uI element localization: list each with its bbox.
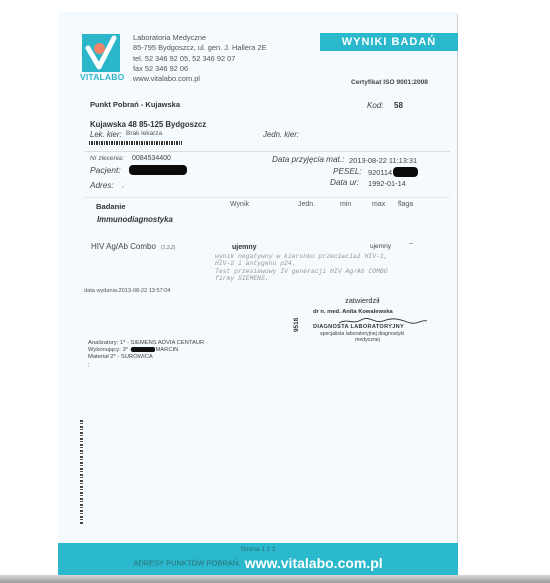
lab-fax: fax 52 346 92 06 xyxy=(133,64,267,74)
logo-text: VITALABO xyxy=(80,72,124,82)
order-number-value: 0084534400 xyxy=(132,155,171,162)
column-header-max: max xyxy=(372,201,385,208)
barcode xyxy=(89,141,182,145)
analyzers-label: Analizatory: xyxy=(88,340,118,346)
doctor-value: Brak lekarza xyxy=(126,130,162,137)
approver-title: DIAGNOSTA LABORATORYJNY xyxy=(313,324,404,330)
legend: Analizatory: 1* - SIEMENS ADVIA CENTAUR … xyxy=(88,340,204,369)
divider xyxy=(84,151,450,152)
results-banner: WYNIKI BADAŃ xyxy=(320,33,458,51)
dob-label: Data ur: xyxy=(330,178,359,187)
side-barcode xyxy=(80,420,83,525)
legend-extra: ; xyxy=(88,362,204,369)
approver-specialty-2: medycznej xyxy=(355,337,380,343)
order-number-label: Nr zlecenia: xyxy=(90,155,124,162)
analyzers-value: 1* - SIEMENS ADVIA CENTAUR xyxy=(120,340,204,346)
column-header-unit: Jedn. xyxy=(298,201,315,208)
collection-point-name: Punkt Pobrań - Kujawska xyxy=(90,100,180,109)
issue-date-label: data wydania: xyxy=(84,288,119,294)
patient-label: Pacjent: xyxy=(90,165,121,175)
lab-name: Laboratoria Medyczne xyxy=(133,33,267,43)
addresses-label: ADRESY PUNKTÓW POBRAŃ: xyxy=(133,558,240,567)
code-label: Kod: xyxy=(367,101,383,110)
lab-website: www.vitalabo.com.pl xyxy=(133,74,267,84)
pesel-label: PESEL: xyxy=(333,167,362,176)
page-number: Strona 1 z 1 xyxy=(58,546,458,553)
address-label: Adres: xyxy=(90,181,114,190)
code-value: 58 xyxy=(394,101,403,110)
test-flag: ~ xyxy=(409,241,413,248)
lab-address: 85-795 Bydgoszcz, ul. gen. J. Hallera 2E xyxy=(133,43,267,53)
performed-by-prefix: 3* - xyxy=(122,347,131,353)
doctor-label: Lek. kier: xyxy=(90,130,122,139)
section-title: Immunodiagnostyka xyxy=(97,215,173,224)
collection-point-address: Kujawska 48 85-125 Bydgoszcz xyxy=(90,120,206,129)
comment-line: firmy SIEMENS. xyxy=(215,275,388,282)
issue-date-value: 2013-08-22 13:57:04 xyxy=(119,288,171,294)
material-label: Materiał xyxy=(88,354,109,360)
stamp-number: 9518 xyxy=(293,318,300,332)
column-header-flag: flaga xyxy=(398,201,413,208)
website-link[interactable]: www.vitalabo.com.pl xyxy=(245,555,383,571)
dob-value: 1992-01-14 xyxy=(368,179,406,188)
divider xyxy=(84,197,450,198)
footer-band: Strona 1 z 1 ADRESY PUNKTÓW POBRAŃ: www.… xyxy=(58,543,458,575)
comment-line: wynik negatywny w kierunku przeciwciał H… xyxy=(215,253,388,260)
issue-date: data wydania:2013-08-22 13:57:04 xyxy=(84,288,170,294)
test-name: HIV Ag/Ab Combo xyxy=(91,242,156,251)
address-value: , xyxy=(122,182,124,189)
test-ref: (1,3,2) xyxy=(161,245,175,251)
vitalabo-logo xyxy=(82,34,120,72)
column-header-result: Wynik xyxy=(230,201,249,208)
page-edge xyxy=(457,14,458,544)
received-date-label: Data przyjęcia mat.: xyxy=(272,155,344,164)
test-comment: wynik negatywny w kierunku przeciwciał H… xyxy=(215,253,388,282)
approver-name: dr n. med. Anita Kowalewska xyxy=(313,309,393,315)
performed-by-label: Wykonujący: xyxy=(88,347,121,353)
iso-certificate: Certyfikat ISO 9001:2008 xyxy=(351,79,428,86)
unit-label: Jedn. kier: xyxy=(263,130,299,139)
approval-label: zatwierdził xyxy=(345,296,380,305)
checkmark-icon xyxy=(82,34,120,72)
comment-line: Test przesiewowy IV generacji HIV Ag/Ab … xyxy=(215,268,388,275)
pesel-value: 920114 xyxy=(368,168,392,177)
lab-contact-info: Laboratoria Medyczne 85-795 Bydgoszcz, u… xyxy=(133,33,267,84)
received-date-value: 2013-08-22 11:13:31 xyxy=(349,156,417,165)
scan-shadow xyxy=(0,575,550,583)
patient-name-redacted xyxy=(129,165,187,175)
performer-redacted xyxy=(131,347,155,352)
footer-addresses: ADRESY PUNKTÓW POBRAŃ: www.vitalabo.com.… xyxy=(58,554,458,572)
column-header-test: Badanie xyxy=(96,202,126,211)
pesel-redacted xyxy=(393,167,418,177)
material-value: 2* - SUROWICA xyxy=(110,354,153,360)
column-header-min: min xyxy=(340,201,351,208)
test-norm: ujemny xyxy=(370,243,391,250)
performed-by-suffix: MARCIN xyxy=(155,347,178,353)
test-result: ujemny xyxy=(232,244,257,251)
comment-line: HIV-2 i antygenu p24. xyxy=(215,260,388,267)
lab-phone: tel. 52 346 92 05, 52 346 92 07 xyxy=(133,54,267,64)
